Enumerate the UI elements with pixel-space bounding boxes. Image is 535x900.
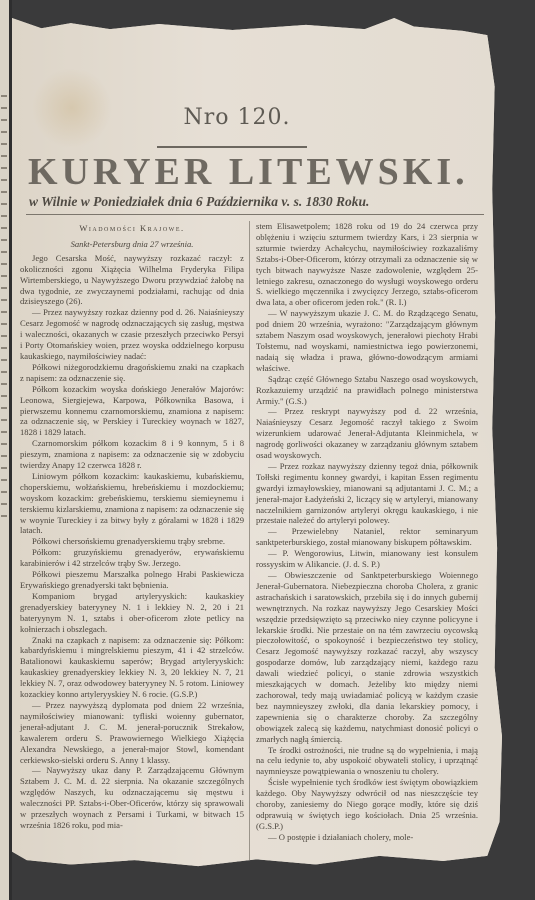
article-paragraph: — O postępie i działaniach cholery, mole… <box>256 832 478 843</box>
article-paragraph: — Przez naywyższą dyplomata pod dniem 22… <box>20 700 244 765</box>
article-paragraph: Te środki ostrożności, nie trudne są do … <box>256 745 478 778</box>
article-paragraph: Półkom: gruzyńskiemu grenadyerów, erywań… <box>20 547 244 569</box>
article-paragraph: — Przewielebny Nataniel, rektor seminary… <box>256 526 478 548</box>
adjacent-page-edge <box>0 0 9 900</box>
section-heading: Wiadomości Krajowe. <box>20 223 244 234</box>
right-column: stem Elisawetpolem; 1828 roku od 19 do 2… <box>256 221 478 843</box>
article-paragraph: Półkowi chersońskiemu grenadyerskiemu tr… <box>20 536 244 547</box>
issue-number: Nro 120. <box>182 105 292 130</box>
article-paragraph: Znaki na czapkach z napisem: za odznacze… <box>20 635 244 700</box>
article-paragraph: stem Elisawetpolem; 1828 roku od 19 do 2… <box>256 221 478 308</box>
article-paragraph: Liniowym półkom kozackim: kaukaskiemu, k… <box>20 471 244 536</box>
article-paragraph: — Przez naywyższy rozkaz dzienny pod d. … <box>20 307 244 362</box>
article-paragraph: Półkowi pieszemu Marszałka polnego Hrabi… <box>20 569 244 591</box>
article-paragraph: — Obwieszczenie od Sanktpeterburskiego W… <box>256 570 478 745</box>
left-column: Wiadomości Krajowe. Sankt-Petersburg dni… <box>20 221 244 831</box>
place-date-line: Sankt-Petersburg dnia 27 września. <box>20 239 244 250</box>
newspaper-page: Nro 120. KURYER LITEWSKI. w Wilnie w Pon… <box>12 18 502 873</box>
masthead-rule <box>26 214 484 215</box>
article-paragraph: — Przez rozkaz naywyższy dzienny tegoż d… <box>256 461 478 526</box>
article-paragraph: — Przez reskrypt naywyższy pod d. 22 wrz… <box>256 406 478 461</box>
adjacent-page-text-fragments <box>1 95 7 525</box>
article-paragraph: Ścisłe wypełnienie tych środków iest świ… <box>256 777 478 832</box>
issue-rule <box>157 146 307 148</box>
article-paragraph: Czarnomorskim półkom kozackim 8 i 9 konn… <box>20 438 244 471</box>
article-paragraph: Sądząc część Głównego Sztabu Naszego osa… <box>256 374 478 407</box>
dateline: w Wilnie w Poniedziałek dnia 6 Październ… <box>29 194 449 210</box>
article-paragraph: — P. Wengorowius, Litwin, mianowany iest… <box>256 548 478 570</box>
article-paragraph: Półkowi niżegorodzkiemu dragońskiemu zna… <box>20 362 244 384</box>
newspaper-title: KURYER LITEWSKI. <box>28 150 428 194</box>
issue-value: 120. <box>238 105 291 130</box>
article-paragraph: Kompaniom brygad artyleryyskich: kaukask… <box>20 591 244 635</box>
article-paragraph: — W naywyższym ukazie J. C. M. do Rządzą… <box>256 308 478 373</box>
binding-spine <box>9 0 12 900</box>
article-paragraph: Jego Cesarska Mość, naywyższy rozkazać r… <box>20 253 244 308</box>
issue-label: Nro <box>184 105 230 130</box>
column-divider <box>249 221 250 871</box>
article-paragraph: — Naywyższy ukaz dany P. Zarządzającemu … <box>20 765 244 830</box>
article-paragraph: Półkom kozackim woyska dońskiego Jenerał… <box>20 384 244 439</box>
